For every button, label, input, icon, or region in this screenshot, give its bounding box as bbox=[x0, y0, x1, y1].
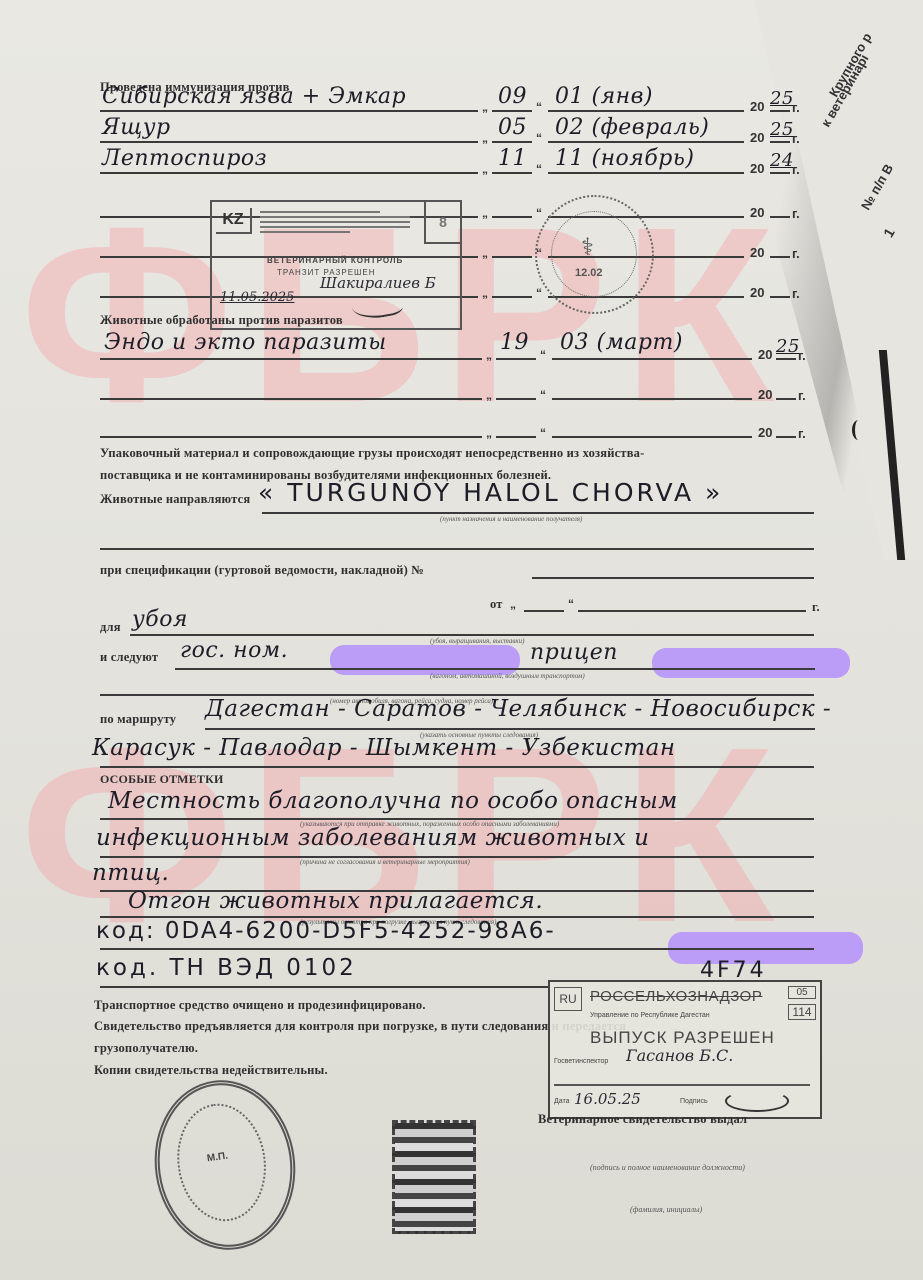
route-line bbox=[205, 728, 815, 730]
immunization-disease[interactable]: Сибирская язва + Эмкар bbox=[102, 84, 406, 109]
ru-sign-label: Подпись bbox=[680, 1098, 708, 1105]
purpose-label: для bbox=[100, 620, 121, 635]
footer-line-4: Копии свидетельства недействительны. bbox=[94, 1063, 328, 1078]
immunization-disease[interactable]: Ящур bbox=[102, 115, 171, 140]
ru-date-label: Дата bbox=[554, 1098, 570, 1105]
purpose-hint: (убоя, выращивания, выставки) bbox=[430, 637, 524, 645]
tnved-code[interactable]: код. ТН ВЭД 0102 bbox=[96, 955, 357, 981]
ru-inspector-name: Гасанов Б.С. bbox=[626, 1046, 733, 1065]
veterinary-code[interactable]: код: 0DA4-6200-D5F5-4252-98A6- bbox=[96, 918, 556, 944]
route-label: по маршруту bbox=[100, 712, 176, 727]
ru-country-code: RU bbox=[554, 987, 582, 1011]
year-prefix: 20 bbox=[750, 285, 764, 300]
caduceus-icon: ⚕ bbox=[581, 233, 594, 262]
immunization-day[interactable]: 05 bbox=[498, 115, 527, 140]
year-suffix: г. bbox=[792, 246, 800, 261]
year-prefix: 20 bbox=[750, 99, 764, 114]
kz-stamp-title: ВЕТЕРИНАРНЫЙ КОНТРОЛЬ bbox=[267, 256, 403, 265]
official-round-seal: М.П. bbox=[144, 1071, 306, 1259]
kz-stamp-signature bbox=[350, 290, 403, 322]
purpose-value[interactable]: убоя bbox=[132, 607, 188, 632]
ru-signature bbox=[725, 1090, 789, 1112]
immunization-month[interactable]: 11 (ноябрь) bbox=[555, 146, 694, 171]
transport-hint: (вагоном, автомашиной, воздушным транспо… bbox=[430, 672, 585, 680]
special-marks-hint-2: (причина не согласования и ветеринарные … bbox=[300, 858, 470, 866]
parasites-title: Животные обработаны против паразитов bbox=[100, 313, 343, 328]
kz-stamp-fineprint bbox=[260, 208, 410, 236]
parasite-year[interactable]: 25 bbox=[776, 336, 800, 357]
round-stamp-date: 12.02 bbox=[575, 267, 603, 279]
specification-label: при спецификации (гуртовой ведомости, на… bbox=[100, 563, 424, 578]
special-marks-line-4[interactable]: Отгон животных прилагается. bbox=[128, 888, 543, 914]
year-suffix: г. bbox=[792, 206, 800, 221]
ru-code-top: 05 bbox=[788, 986, 816, 999]
year-suffix: г. bbox=[798, 348, 806, 363]
footer-line-1: Транспортное средство очищено и продезин… bbox=[94, 998, 426, 1013]
security-hologram-sticker bbox=[392, 1120, 476, 1234]
transport-label: и следуют bbox=[100, 650, 158, 665]
year-prefix: 20 bbox=[758, 425, 772, 440]
immunization-month[interactable]: 02 (февраль) bbox=[555, 115, 709, 140]
year-suffix: г. bbox=[798, 388, 806, 403]
immunization-month[interactable]: 01 (янв) bbox=[555, 84, 653, 109]
parasite-month[interactable]: 03 (март) bbox=[560, 330, 683, 355]
special-marks-line-1[interactable]: Местность благополучна по особо опасным bbox=[108, 788, 678, 814]
packaging-text-line1: Упаковочный материал и сопровождающие гр… bbox=[100, 446, 644, 461]
destination-label: Животные направляются bbox=[100, 492, 250, 507]
year-suffix: г. bbox=[792, 100, 800, 115]
special-marks-title: ОСОБЫЕ ОТМЕТКИ bbox=[100, 772, 224, 787]
year-suffix: г. bbox=[792, 131, 800, 146]
year-prefix: 20 bbox=[758, 387, 772, 402]
kz-stamp-date: 11.05.2025 bbox=[220, 290, 294, 305]
specification-from-label: от bbox=[490, 597, 503, 612]
year-prefix: 20 bbox=[758, 347, 772, 362]
ru-agency: РОССЕЛЬХОЗНАДЗОР bbox=[590, 988, 762, 1005]
kz-transit-stamp: KZ 8 ВЕТЕРИНАРНЫЙ КОНТРОЛЬ ТРАНЗИТ РАЗРЕ… bbox=[210, 200, 462, 330]
ru-rosselkhoznadzor-stamp: RU РОССЕЛЬХОЗНАДЗОР 05 114 Управление по… bbox=[548, 980, 822, 1119]
ru-inspector-label: Госветинспектор bbox=[554, 1058, 608, 1065]
year-suffix: г. bbox=[792, 286, 800, 301]
parasite-treatment[interactable]: Эндо и экто паразиты bbox=[104, 330, 387, 355]
ru-code-num: 114 bbox=[788, 1004, 816, 1020]
special-marks-line-2[interactable]: инфекционным заболеваниям животных и bbox=[96, 825, 649, 851]
destination-value[interactable]: « TURGUNOY HALOL CHORVA » bbox=[258, 478, 723, 507]
destination-hint: (пункт назначения и наименование получат… bbox=[440, 515, 582, 523]
transport-trailer[interactable]: прицеп bbox=[530, 640, 618, 665]
kz-country-code: KZ bbox=[216, 208, 252, 234]
kz-stamp-mark: 8 bbox=[424, 202, 460, 244]
ru-release-status: ВЫПУСК РАЗРЕШЕН bbox=[590, 1028, 775, 1048]
veterinary-certificate-page: Крупного р к ветеринарі № п/п В 1 ФБРК Ф… bbox=[0, 0, 923, 1280]
year-prefix: 20 bbox=[750, 161, 764, 176]
special-marks-line-3[interactable]: птиц. bbox=[92, 860, 169, 886]
route-line-2-underline bbox=[100, 766, 814, 768]
year-suffix: г. bbox=[792, 162, 800, 177]
footer-line-3: грузополучателю. bbox=[94, 1041, 198, 1056]
specification-number-field[interactable] bbox=[532, 577, 814, 579]
specification-year-suffix: г. bbox=[812, 600, 820, 615]
footer-line-2: Свидетельство предъявляется для контроля… bbox=[94, 1019, 626, 1034]
immunization-year[interactable]: 25 bbox=[770, 88, 794, 109]
immunization-day[interactable]: 11 bbox=[498, 146, 527, 171]
immunization-day[interactable]: 09 bbox=[498, 84, 527, 109]
year-prefix: 20 bbox=[750, 130, 764, 145]
destination-line bbox=[262, 512, 814, 514]
kz-stamp-signature-name: Шакиралиев Б bbox=[320, 274, 436, 292]
transport-value[interactable]: гос. ном. bbox=[180, 638, 288, 663]
redacted-plate-number bbox=[330, 645, 520, 675]
certificate-issued-label: Ветеринарное свидетельство выдал bbox=[538, 1112, 747, 1127]
year-prefix: 20 bbox=[750, 205, 764, 220]
transport-line bbox=[175, 668, 815, 670]
parasite-day[interactable]: 19 bbox=[500, 330, 529, 355]
redacted-trailer-number bbox=[652, 648, 850, 678]
specification-date-field[interactable] bbox=[578, 610, 806, 612]
immunization-year[interactable]: 25 bbox=[770, 119, 794, 140]
signature-hint: (подпись и полное наименование должности… bbox=[590, 1163, 745, 1172]
paper-mark bbox=[852, 420, 865, 440]
ru-department: Управление по Республике Дагестан bbox=[590, 1012, 710, 1019]
round-vet-stamp: ⚕ 12.02 bbox=[535, 195, 654, 314]
ru-date: 16.05.25 bbox=[574, 1090, 641, 1108]
tnved-underline bbox=[100, 986, 550, 988]
name-hint: (фамилия, инициалы) bbox=[630, 1205, 702, 1214]
code-underline bbox=[100, 948, 814, 950]
destination-line-2 bbox=[100, 548, 814, 550]
route-line-1[interactable]: Дагестан - Саратов - Челябинск - Новосиб… bbox=[205, 696, 831, 722]
purpose-line bbox=[130, 634, 814, 636]
year-prefix: 20 bbox=[750, 245, 764, 260]
immunization-disease[interactable]: Лептоспироз bbox=[102, 146, 267, 171]
specification-day-field[interactable] bbox=[524, 610, 564, 612]
route-line-2[interactable]: Карасук - Павлодар - Шымкент - Узбекиста… bbox=[92, 735, 676, 761]
year-suffix: г. bbox=[798, 426, 806, 441]
immunization-year[interactable]: 24 bbox=[770, 150, 794, 171]
